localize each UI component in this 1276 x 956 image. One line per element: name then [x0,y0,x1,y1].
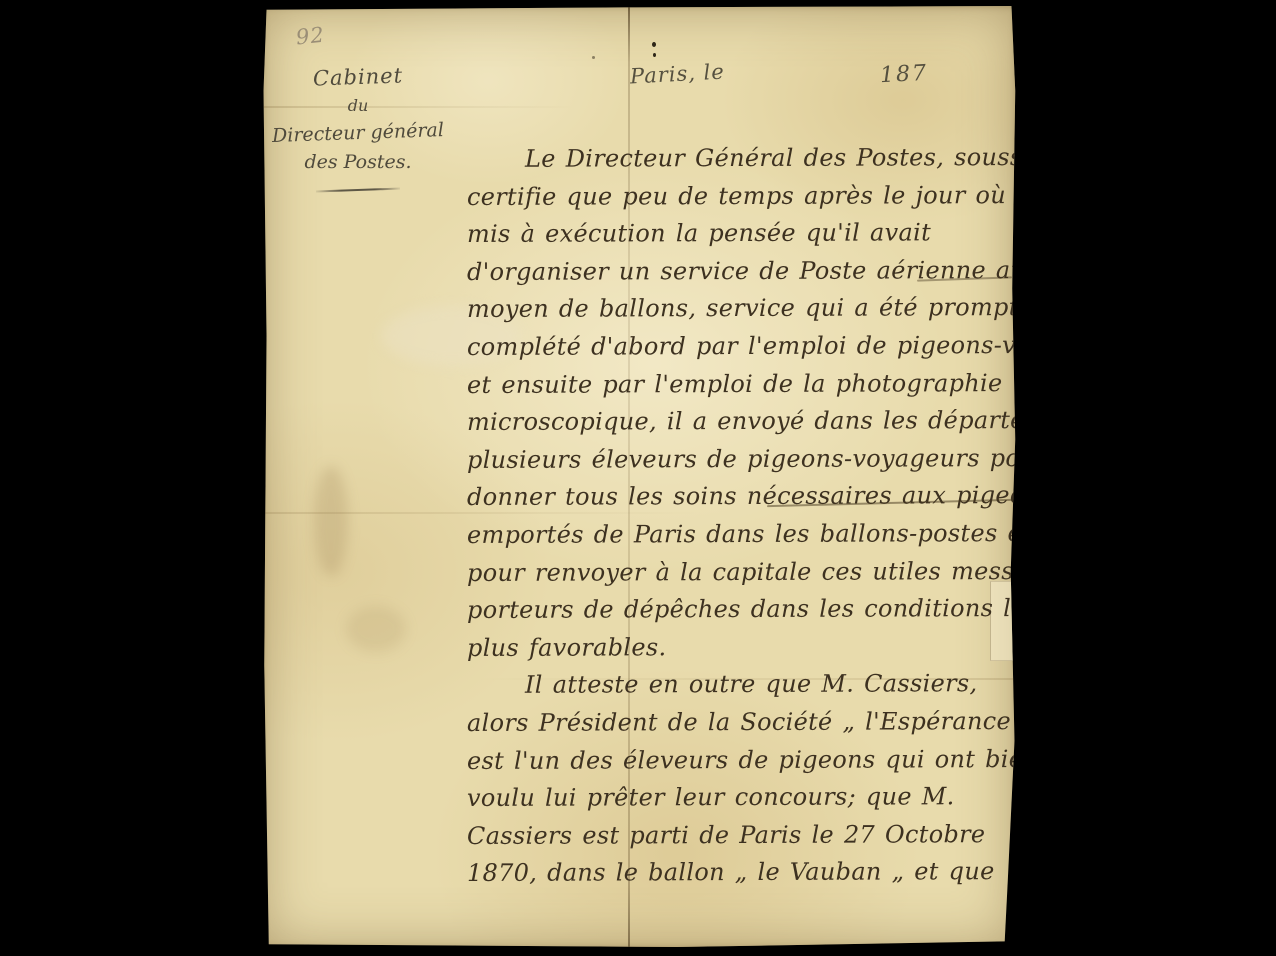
dateline: Paris, le 187 [262,62,1016,96]
manuscript-line: Cassiers est parti de Paris le 27 Octobr… [467,816,1019,856]
ink-speck [653,53,656,57]
letterhead-line: Directeur général [270,116,447,151]
manuscript-line: pour renvoyer à la capitale ces utiles m… [467,553,1019,593]
manuscript-line: plus favorables. [467,628,1019,668]
paper-stain [346,606,406,652]
dateline-year-partial: 187 [879,61,928,88]
manuscript-line: Le Directeur Général des Postes, soussig… [467,139,1019,179]
manuscript-line: porteurs de dépêches dans les conditions… [467,590,1019,630]
manuscript-line: mis à exécution la pensée qu'il avait [467,214,1019,254]
dateline-place: Paris, le [629,60,725,89]
manuscript-line: alors Président de la Société „ l'Espéra… [467,703,1019,743]
manuscript-line: certifie que peu de temps après le jour … [467,177,1019,217]
manuscript-line: 1870, dans le ballon „ le Vauban „ et qu… [467,853,1019,893]
letter-document: 92 Cabinet du Directeur général des Post… [262,6,1016,948]
ink-bleedthrough-stain [314,466,348,576]
letterhead-line: des Postes. [270,148,446,177]
manuscript-line: emportés de Paris dans les ballons-poste… [467,515,1019,555]
manuscript-line: d'organiser un service de Poste aérienne… [467,252,1019,292]
manuscript-line: voulu lui prêter leur concours; que M. [467,778,1019,818]
letterhead-line: du [270,92,446,119]
manuscript-line: microscopique, il a envoyé dans les dépa… [467,402,1019,442]
manuscript-line: donner tous les soins nécessaires aux pi… [467,477,1019,517]
letterhead-flourish-rule [316,188,400,193]
letter-body: Le Directeur Général des Postes, soussig… [467,140,1019,892]
manuscript-line: Il atteste en outre que M. Cassiers, [467,665,1019,705]
manuscript-line: et ensuite par l'emploi de la photograph… [467,365,1019,405]
manuscript-line: plusieurs éleveurs de pigeons-voyageurs … [467,440,1019,480]
manuscript-line: moyen de ballons, service qui a été prom… [467,289,1019,329]
ink-speck [592,56,595,59]
manuscript-line: est l'un des éleveurs de pigeons qui ont… [467,741,1019,781]
manuscript-line: complété d'abord par l'emploi de pigeons… [467,327,1019,367]
photo-background: 92 Cabinet du Directeur général des Post… [0,0,1276,956]
ink-speck [652,42,656,47]
pencil-archive-number: 92 [295,23,326,50]
